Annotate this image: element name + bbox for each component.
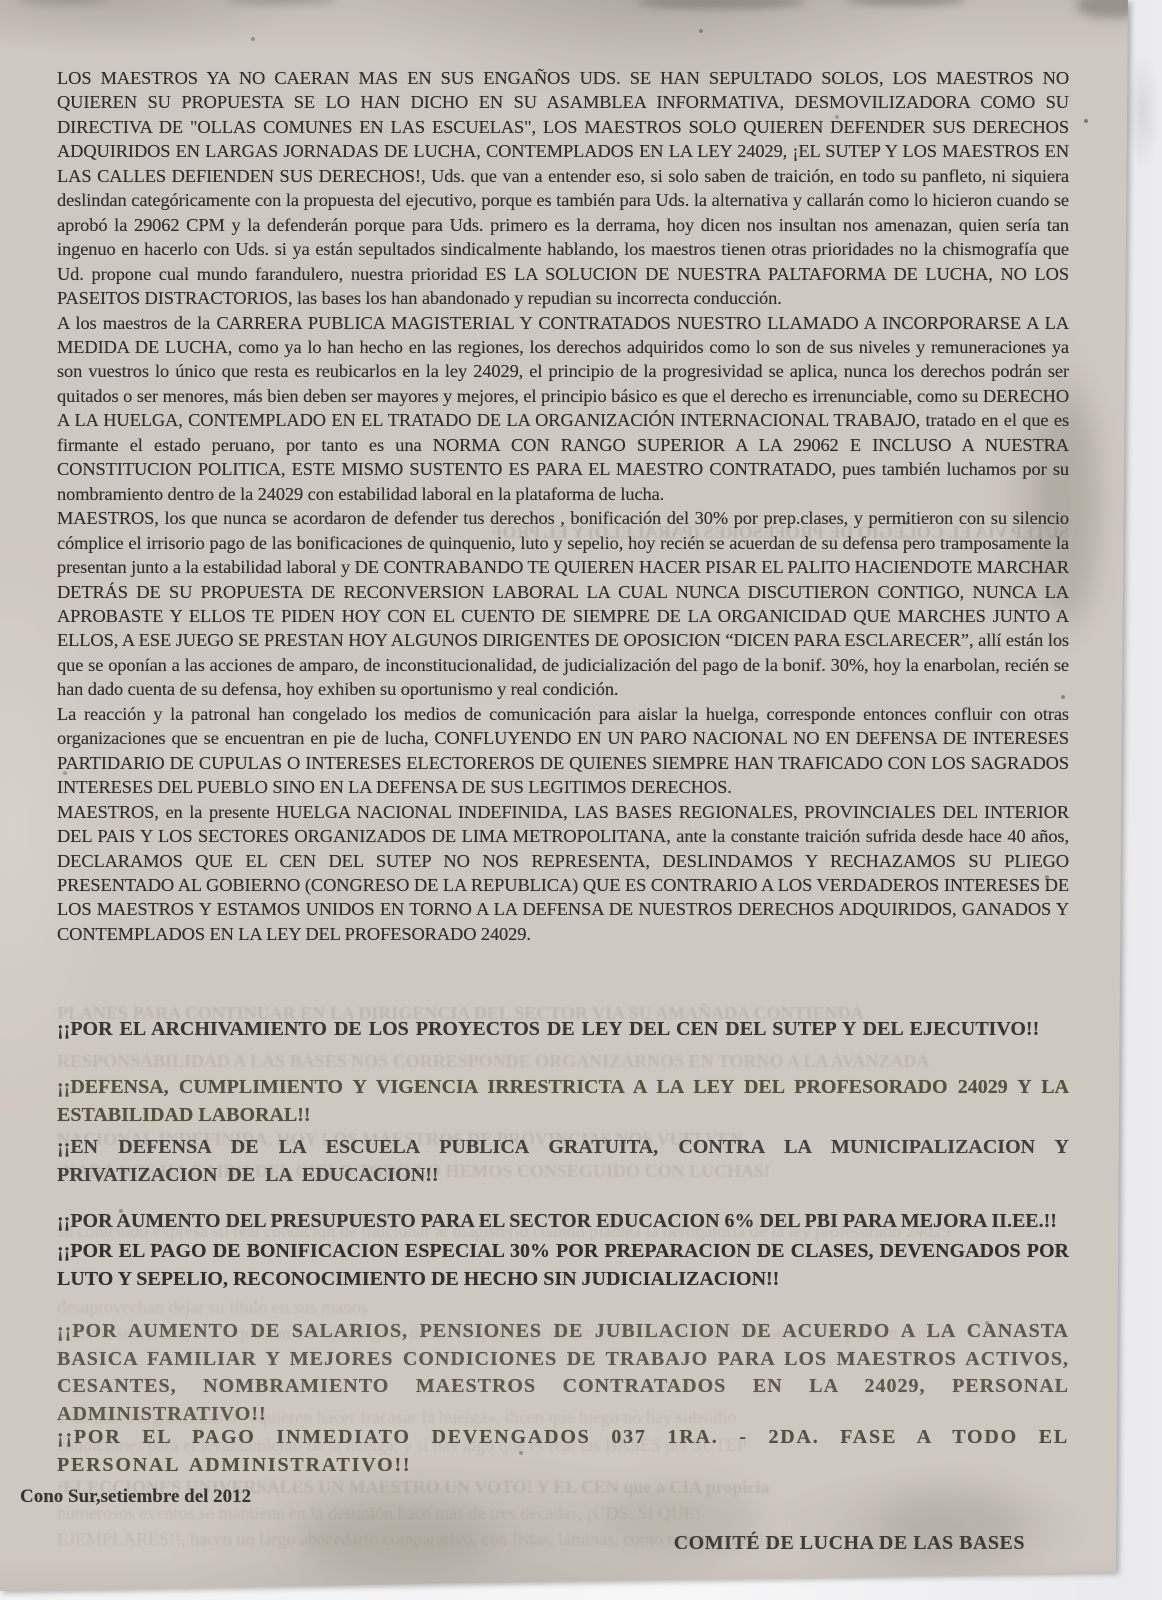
paper-specks	[0, 0, 2, 2]
slogan-bonificacion-30: ¡¡POR EL PAGO DE BONIFICACION ESPECIAL 3…	[57, 1238, 1069, 1293]
body-paragraph: A los maestros de la CARRERA PUBLICA MAG…	[57, 311, 1069, 507]
paper-sheet: SUTEP VIA EL COLEGIO DE PROFESORES (PARA…	[0, 0, 1130, 1594]
slogan-pago-devengados: ¡¡POR EL PAGO INMEDIATO DEVENGADOS 037 1…	[57, 1424, 1069, 1479]
dateline: Cono Sur,setiembre del 2012	[20, 1486, 251, 1508]
scanner-bed-shadow	[1126, 52, 1160, 172]
bleedthrough-text: desaprovechan dejar su título en sus man…	[57, 1296, 1069, 1318]
body-text-block: LOS MAESTROS YA NO CAERAN MAS EN SUS ENG…	[57, 66, 1069, 946]
body-paragraph: MAESTROS, en la presente HUELGA NACIONAL…	[57, 800, 1069, 947]
slogan-aumento-salarios: ¡¡POR AUMENTO DE SALARIOS, PENSIONES DE …	[57, 1318, 1069, 1428]
body-paragraph: La reacción y la patronal han congelado …	[57, 702, 1069, 800]
slogan-archivamiento: ¡¡POR EL ARCHIVAMIENTO DE LOS PROYECTOS …	[57, 1016, 1069, 1044]
ink-smudge	[636, 0, 806, 9]
slogan-presupuesto-educacion: ¡¡POR AUMENTO DEL PRESUPUESTO PARA EL SE…	[57, 1208, 1069, 1236]
slogan-defensa-ley-24029: ¡¡DEFENSA, CUMPLIMIENTO Y VIGENCIA IRRES…	[57, 1074, 1069, 1129]
bleedthrough-text: RESPONSABILIDAD A LAS BASES NOS CORRESPO…	[57, 1050, 1069, 1072]
ink-smudge	[18, 0, 108, 5]
body-paragraph: LOS MAESTROS YA NO CAERAN MAS EN SUS ENG…	[57, 66, 1069, 311]
signature-comite: COMITÉ DE LUCHA DE LAS BASES	[57, 1532, 1025, 1555]
ink-smudge	[846, 0, 966, 6]
ink-smudge	[226, 0, 336, 5]
paper-sheet-wrap: SUTEP VIA EL COLEGIO DE PROFESORES (PARA…	[0, 0, 1130, 1594]
scanned-flyer-page: SUTEP VIA EL COLEGIO DE PROFESORES (PARA…	[0, 0, 1162, 1600]
body-paragraph: MAESTROS, los que nunca se acordaron de …	[57, 506, 1069, 702]
slogan-escuela-publica: ¡¡EN DEFENSA DE LA ESCUELA PUBLICA GRATU…	[57, 1134, 1069, 1189]
